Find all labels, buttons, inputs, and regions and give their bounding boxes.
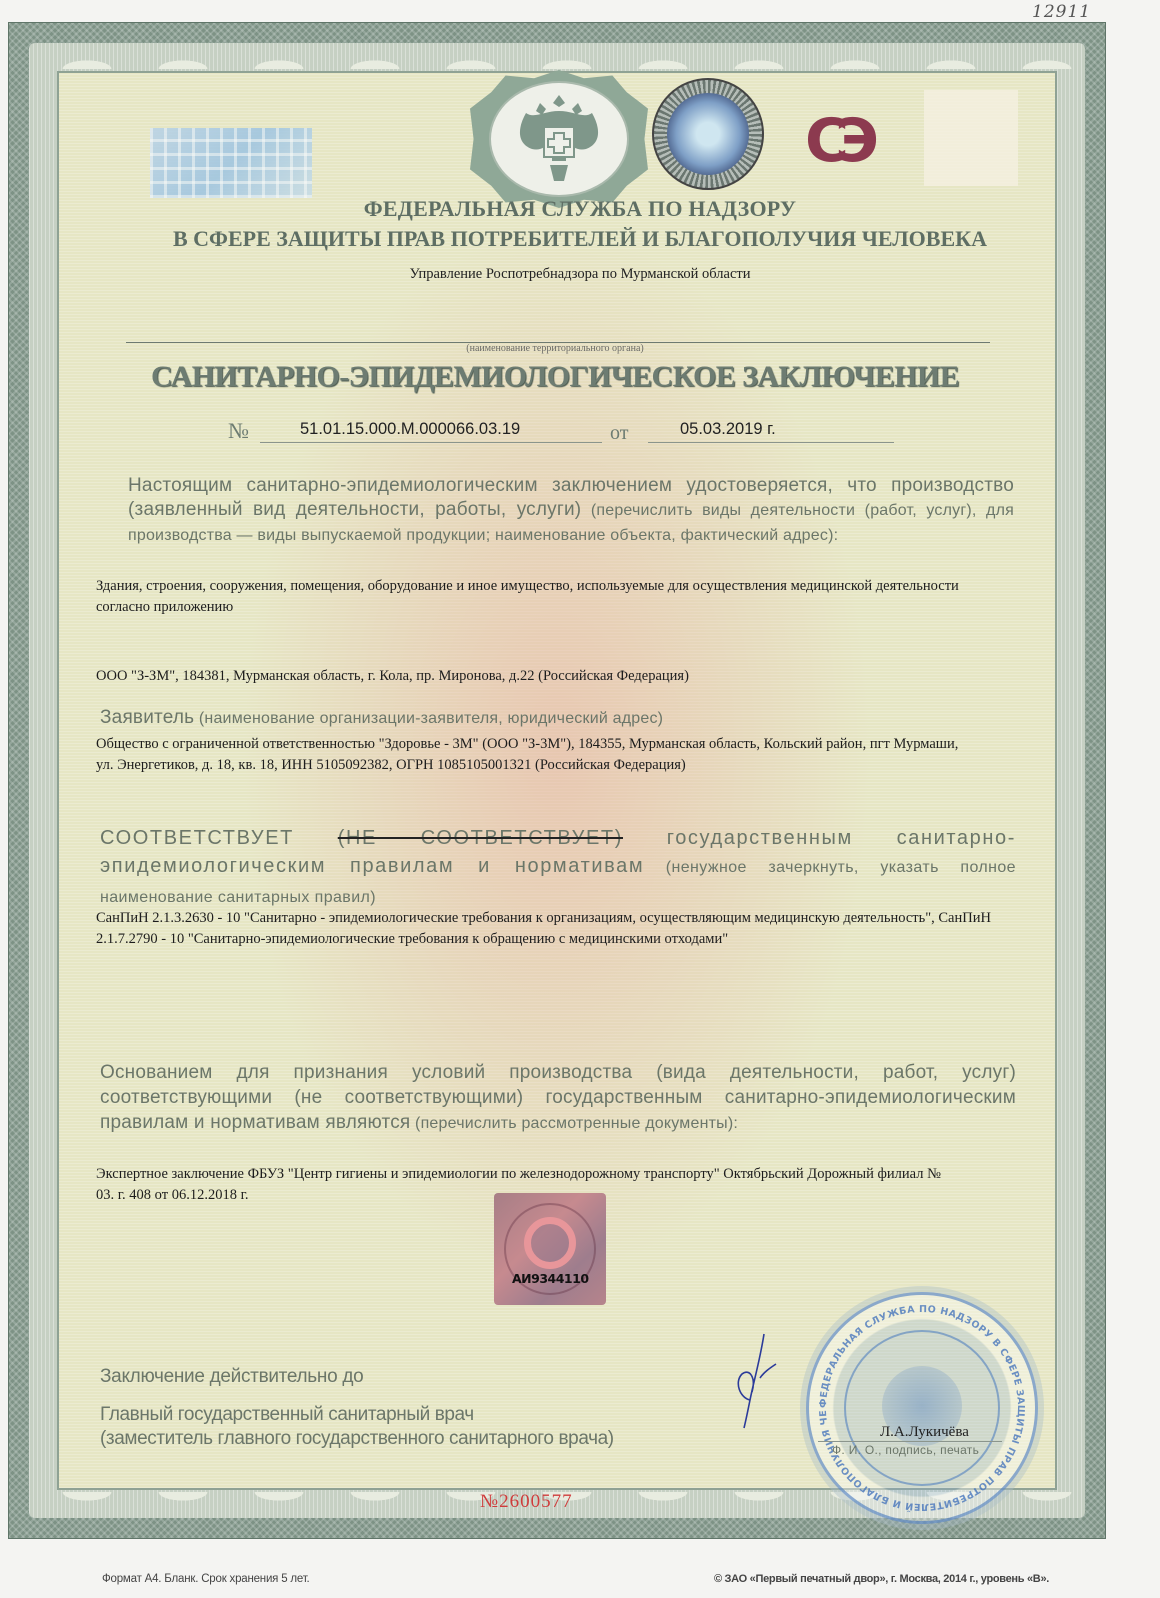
form-serial-number: №2600577 (480, 1491, 573, 1513)
date-label: от (610, 422, 628, 445)
watermark-area (924, 90, 1018, 186)
stamp-text: ФЕДЕРАЛЬНАЯ СЛУЖБА ПО НАДЗОРУ В СФЕРЕ ЗА… (810, 1296, 1026, 1513)
hologram-sticker: АИ9344110 (494, 1193, 606, 1305)
facility-address: ООО "З-ЗМ", 184381, Мурманская область, … (96, 666, 1016, 687)
stamp-text-ring: ФЕДЕРАЛЬНАЯ СЛУЖБА ПО НАДЗОРУ В СФЕРЕ ЗА… (810, 1296, 1034, 1520)
applicant-label: Заявитель (100, 707, 194, 728)
territorial-body: Управление Роспотребнадзора по Мурманско… (0, 266, 1160, 283)
agency-name-line2: В СФЕРЕ ЗАЩИТЫ ПРАВ ПОТРЕБИТЕЛЕЙ И БЛАГО… (0, 226, 1160, 252)
validity-label: Заключение действительно до (100, 1366, 363, 1388)
number-label: № (228, 418, 249, 444)
territorial-caption: (наименование территориального органа) (0, 343, 1110, 354)
conformity-struck: (НЕ СООТВЕТСТВУЕТ) (338, 827, 623, 849)
signer-caption: Ф. И. О., подпись, печать (832, 1443, 979, 1457)
hologram-code: АИ9344110 (512, 1271, 589, 1286)
document-title: САНИТАРНО-ЭПИДЕМИОЛОГИЧЕСКОЕ ЗАКЛЮЧЕНИЕ (0, 360, 1110, 394)
activity-description: Здания, строения, сооружения, помещения,… (96, 576, 1016, 618)
applicant-value: Общество с ограниченной ответственностью… (96, 734, 976, 776)
se-logo: СЭ (805, 108, 905, 174)
footer-format-note: Формат А4. Бланк. Срок хранения 5 лет. (102, 1573, 310, 1585)
deputy-doctor-title: (заместитель главного государственного с… (100, 1428, 614, 1450)
conformity-status: СООТВЕТСТВУЕТ (100, 827, 294, 849)
signer-underline (818, 1441, 1002, 1442)
certificate-date: 05.03.2019 г. (680, 420, 776, 439)
applicant-heading: Заявитель (наименование организации-заяв… (100, 706, 1016, 731)
number-underline (260, 442, 602, 443)
footer-printer-note: © ЗАО «Первый печатный двор», г. Москва,… (714, 1573, 1049, 1585)
sticker-logo-icon (524, 1217, 576, 1269)
certificate-number: 51.01.15.000.М.000066.03.19 (300, 420, 520, 439)
certify-paragraph: Настоящим санитарно-эпидемиологическим з… (128, 474, 1014, 548)
hologram-strip-icon (150, 128, 312, 198)
basis-hint: (перечислить рассмотренные документы): (410, 1115, 738, 1132)
conformity-paragraph: СООТВЕТСТВУЕТ (НЕ СООТВЕТСТВУЕТ) государ… (100, 824, 1016, 912)
chief-doctor-title: Главный государственный санитарный врач (100, 1404, 474, 1426)
svg-text:ФЕДЕРАЛЬНАЯ СЛУЖБА ПО НАДЗОРУ: ФЕДЕРАЛЬНАЯ СЛУЖБА ПО НАДЗОРУ В СФЕРЕ ЗА… (810, 1296, 1026, 1513)
agency-name-line1: ФЕДЕРАЛЬНАЯ СЛУЖБА ПО НАДЗОРУ (0, 196, 1160, 222)
basis-paragraph: Основанием для признания условий произво… (100, 1060, 1016, 1136)
sanitary-rules: СанПиН 2.1.3.2630 - 10 "Санитарно - эпид… (96, 908, 1016, 950)
date-underline (648, 442, 894, 443)
handwritten-note: 12911 (1032, 2, 1091, 22)
border-wave-top (39, 47, 1075, 69)
hologram-eagle-icon (667, 93, 749, 175)
signature-icon (720, 1330, 790, 1430)
signer-name: Л.А.Лукичёва (880, 1424, 969, 1441)
coat-of-arms-icon (489, 81, 629, 197)
applicant-hint: (наименование организации-заявителя, юри… (194, 710, 663, 727)
